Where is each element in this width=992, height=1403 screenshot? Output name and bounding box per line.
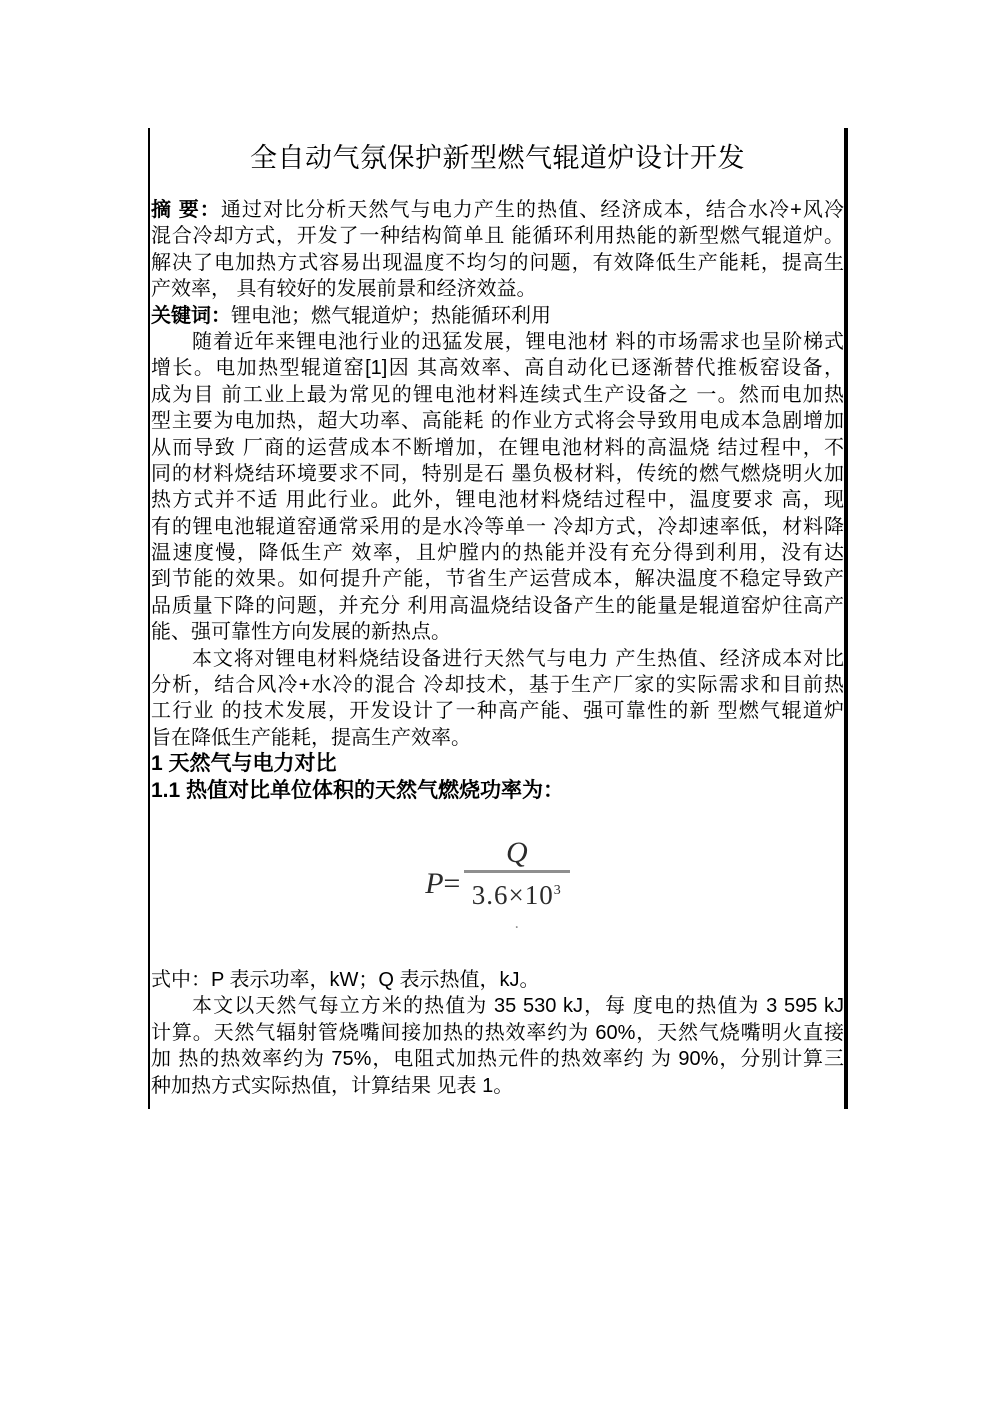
keywords-label: 关键词：	[151, 305, 231, 327]
power-formula: P=Q3.6×103.	[151, 837, 844, 931]
intro-paragraph-line: 成为目 前工业上最为常见的锂电池材料连续式生产设备之 一。然而电加热	[151, 382, 844, 408]
intro-paragraph-line: 品质量下降的问题，并充分 利用高温烧结设备产生的能量是辊道窑炉往高产	[151, 593, 844, 619]
intro-paragraph-line: 从而导致 厂商的运营成本不断增加，在锂电池材料的高温烧 结过程中，不	[151, 435, 844, 461]
section-1-1-heading: 1.1 热值对比单位体积的天然气燃烧功率为：	[151, 778, 844, 804]
approach-paragraph-line: 分析，结合风冷+水冷的混合 冷却技术，基于生产厂家的实际需求和目前热	[151, 672, 844, 698]
abstract-line: 解决了电加热方式容易出现温度不均匀的问题，有效降低生产能耗，提高生	[151, 250, 844, 276]
formula-fraction-bar	[464, 870, 570, 873]
formula-lhs: P=	[425, 867, 464, 901]
intro-paragraph-line: 增长。电加热型辊道窑[1]因 其高效率、高自动化已逐渐替代推板窑设备，	[151, 355, 844, 381]
document-body: 摘 要：通过对比分析天然气与电力产生的热值、经济成本，结合水冷+风冷混合冷却方式…	[151, 197, 844, 1099]
section-1-heading: 1 天然气与电力对比	[151, 751, 844, 777]
intro-paragraph-line: 同的材料烧结环境要求不同，特别是石 墨负极材料，传统的燃气燃烧明火加	[151, 461, 844, 487]
calculation-paragraph-line: 种加热方式实际热值，计算结果 见表 1。	[151, 1073, 844, 1099]
document-content: 全自动气氛保护新型燃气辊道炉设计开发 摘 要：通过对比分析天然气与电力产生的热值…	[151, 138, 844, 1099]
abstract-label: 摘 要：	[151, 199, 221, 221]
intro-paragraph-line: 温速度慢，降低生产 效率，且炉膛内的热能并没有充分得到利用，没有达	[151, 540, 844, 566]
approach-paragraph-line: 旨在降低生产能耗，提高生产效率。	[151, 725, 844, 751]
intro-paragraph-line: 热方式并不适 用此行业。此外，锂电池材料烧结过程中，温度要求 高，现	[151, 487, 844, 513]
intro-paragraph-line: 能、强可靠性方向发展的新热点。	[151, 619, 844, 645]
calculation-paragraph-line: 计算。天然气辐射管烧嘴间接加热的热效率约为 60%，天然气烧嘴明火直接	[151, 1020, 844, 1046]
abstract-line: 摘 要：通过对比分析天然气与电力产生的热值、经济成本，结合水冷+风冷	[151, 197, 844, 223]
abstract-line: 产效率， 具有较好的发展前景和经济效益。	[151, 276, 844, 302]
calculation-paragraph-line: 本文以天然气每立方米的热值为 35 530 kJ，每 度电的热值为 3 595 …	[151, 993, 844, 1019]
approach-paragraph-line: 本文将对锂电材料烧结设备进行天然气与电力 产生热值、经济成本对比	[151, 646, 844, 672]
formula-fraction: Q3.6×103.	[464, 837, 570, 931]
abstract-line: 混合冷却方式，开发了一种结构简单且 能循环利用热能的新型燃气辊道炉。	[151, 223, 844, 249]
formula-dot: .	[515, 919, 519, 931]
intro-paragraph-line: 有的锂电池辊道窑通常采用的是水冷等单一 冷却方式，冷却速率低，材料降	[151, 514, 844, 540]
right-border-line	[844, 128, 848, 1109]
left-border-line	[148, 128, 150, 1109]
formula-exponent: 3	[554, 883, 562, 898]
intro-paragraph-line: 到节能的效果。如何提升产能，节省生产运营成本，解决温度不稳定导致产	[151, 566, 844, 592]
formula-denominator: 3.6×103	[472, 875, 562, 911]
formula-numerator: Q	[506, 837, 528, 869]
intro-paragraph-line: 随着近年来锂电池行业的迅猛发展，锂电池材 料的市场需求也呈阶梯式	[151, 329, 844, 355]
document-title: 全自动气氛保护新型燃气辊道炉设计开发	[151, 138, 844, 178]
calculation-paragraph-line: 加 热的热效率约为 75%，电阻式加热元件的热效率约 为 90%，分别计算三	[151, 1046, 844, 1072]
keywords-line: 关键词：锂电池；燃气辊道炉；热能循环利用	[151, 303, 844, 329]
formula-legend-line: 式中：P 表示功率，kW；Q 表示热值，kJ。	[151, 967, 844, 993]
approach-paragraph-line: 工行业 的技术发展，开发设计了一种高产能、强可靠性的新 型燃气辊道炉	[151, 698, 844, 724]
intro-paragraph-line: 型主要为电加热，超大功率、高能耗 的作业方式将会导致用电成本急剧增加	[151, 408, 844, 434]
